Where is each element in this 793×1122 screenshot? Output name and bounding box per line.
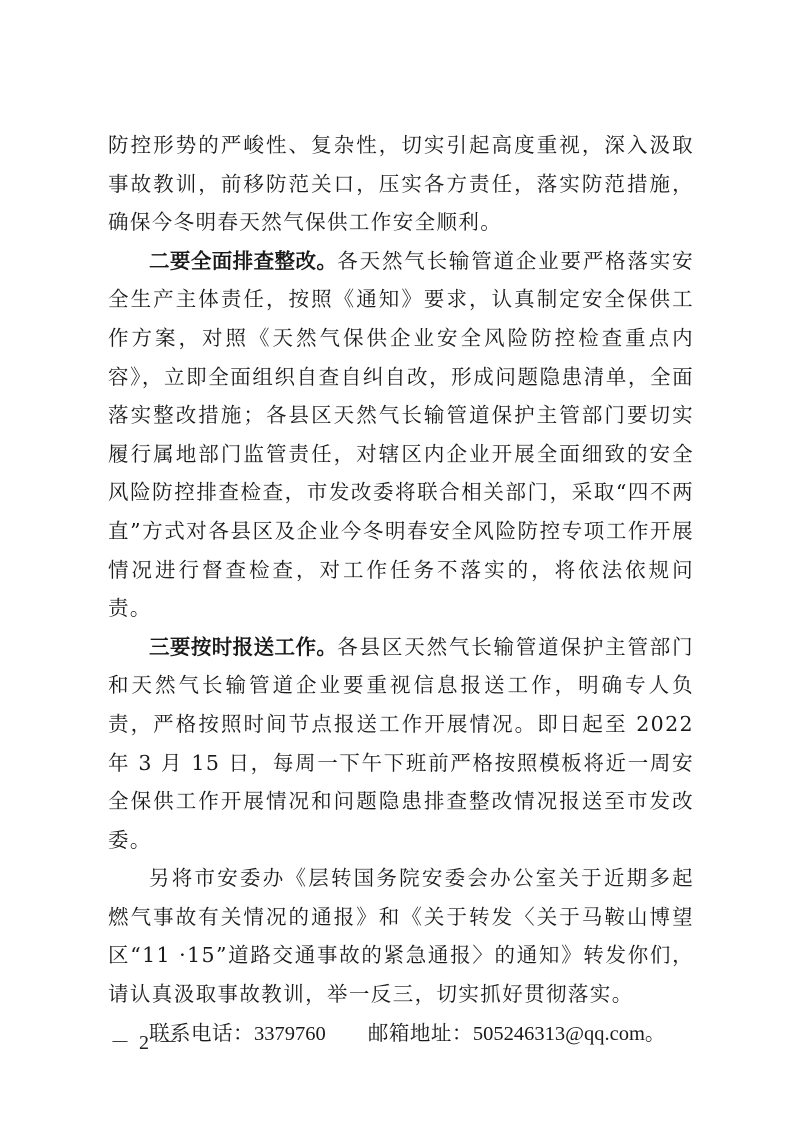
paragraph-text: 各天然气长输管道企业要严格落实安全生产主体责任，按照《通知》要求，认真制定安全保… [108, 249, 694, 620]
paragraph-text: 另将市安委办《层转国务院安委会办公室关于近期多起燃气事故有关情况的通报》和《关于… [108, 866, 694, 1006]
paragraph-forwarding: 另将市安委办《层转国务院安委会办公室关于近期多起燃气事故有关情况的通报》和《关于… [108, 859, 694, 1013]
paragraph-rectification: 二要全面排查整改。各天然气长输管道企业要严格落实安全生产主体责任，按照《通知》要… [108, 242, 694, 628]
paragraph-lead-heading: 二要全面排查整改。 [149, 249, 337, 273]
page-number: － 2 － [110, 1026, 180, 1055]
phone-number: 3379760 [254, 1023, 326, 1045]
paragraph-text: 各县区天然气长输管道保护主管部门和天然气长输管道企业要重视信息报送工作，明确专人… [108, 635, 694, 852]
contact-end-punctuation: 。 [645, 1021, 666, 1045]
contact-line: 联系电话：3379760 邮箱地址：505246313@qq.com。 [108, 1014, 694, 1054]
document-page: 防控形势的严峻性、复杂性，切实引起高度重视，深入汲取事故教训，前移防范关口，压实… [0, 0, 793, 1122]
email-address: 505246313@qq.com [473, 1023, 645, 1045]
paragraph-reporting: 三要按时报送工作。各县区天然气长输管道保护主管部门和天然气长输管道企业要重视信息… [108, 628, 694, 860]
paragraph-text: 防控形势的严峻性、复杂性，切实引起高度重视，深入汲取事故教训，前移防范关口，压实… [108, 133, 694, 234]
paragraph-lead-heading: 三要按时报送工作。 [149, 635, 337, 659]
paragraph-continuation: 防控形势的严峻性、复杂性，切实引起高度重视，深入汲取事故教训，前移防范关口，压实… [108, 126, 694, 242]
document-body: 防控形势的严峻性、复杂性，切实引起高度重视，深入汲取事故教训，前移防范关口，压实… [108, 126, 694, 1053]
email-label: 邮箱地址： [368, 1021, 473, 1045]
